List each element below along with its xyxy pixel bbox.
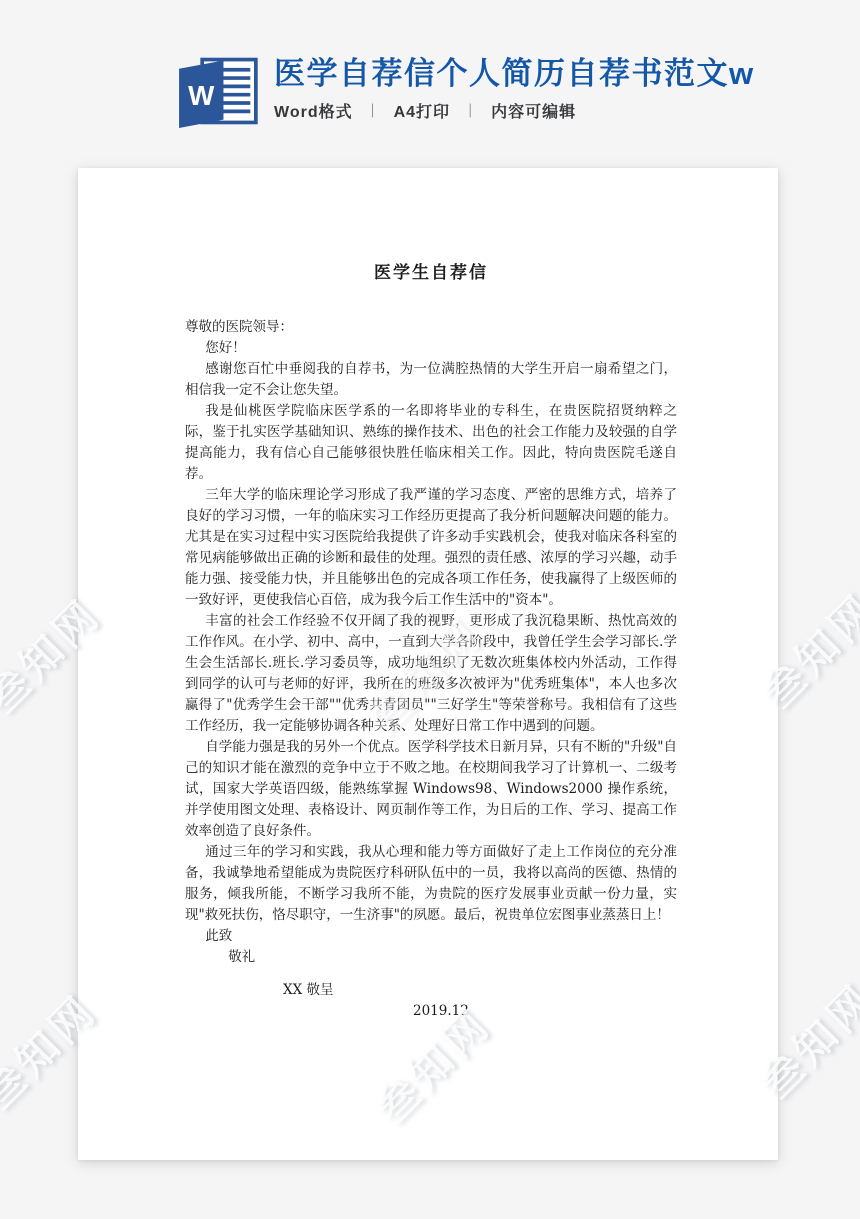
word-icon: W <box>172 54 262 128</box>
letter-paragraph: 此致 <box>185 926 677 947</box>
letter-paragraph: 丰富的社会工作经验不仅开阔了我的视野，更形成了我沉稳果断、热忱高效的工作作风。在… <box>185 611 677 737</box>
meta-item: A4打印 <box>394 99 450 122</box>
letter-paragraph: 我是仙桃医学院临床医学系的一名即将毕业的专科生，在贵医院招贤纳粹之际，鉴于扎实医… <box>185 401 677 485</box>
letter-paragraph: 感谢您百忙中垂阅我的自荐书，为一位满腔热情的大学生开启一扇希望之门，相信我一定不… <box>185 359 677 401</box>
letter-paragraph: 您好！ <box>185 338 677 359</box>
letter-paragraph: 通过三年的学习和实践，我从心理和能力等方面做好了走上工作岗位的充分准备，我诚挚地… <box>185 842 677 926</box>
letter-paragraph: 敬礼 <box>185 947 677 968</box>
header: W 医学自荐信个人简历自荐书范文w Word格式｜A4打印｜内容可编辑 <box>172 54 755 128</box>
meta-item: Word格式 <box>274 99 353 122</box>
letter-paragraph: XX 敬呈 <box>185 980 677 1001</box>
header-meta: Word格式｜A4打印｜内容可编辑 <box>274 99 755 122</box>
meta-separator: ｜ <box>463 101 478 121</box>
meta-separator: ｜ <box>366 101 381 121</box>
letter-paragraph: 自学能力强是我的另外一个优点。医学科学技术日新月异，只有不断的"升级"自己的知识… <box>185 737 677 842</box>
document-page: 医学生自荐信 尊敬的医院领导：您好！感谢您百忙中垂阅我的自荐书，为一位满腔热情的… <box>78 168 778 1160</box>
letter-paragraph: 2019.12 <box>185 1001 677 1022</box>
letter-body: 尊敬的医院领导：您好！感谢您百忙中垂阅我的自荐书，为一位满腔热情的大学生开启一扇… <box>185 317 677 1022</box>
letter-paragraph <box>185 968 677 980</box>
document-preview-screen: W 医学自荐信个人简历自荐书范文w Word格式｜A4打印｜内容可编辑 医学生自… <box>0 0 860 1219</box>
document-title: 医学生自荐信 <box>185 258 677 283</box>
svg-text:W: W <box>188 80 215 111</box>
header-text: 医学自荐信个人简历自荐书范文w Word格式｜A4打印｜内容可编辑 <box>274 56 755 122</box>
page-title: 医学自荐信个人简历自荐书范文w <box>274 56 755 92</box>
letter-paragraph: 三年大学的临床理论学习形成了我严谨的学习态度、严密的思维方式，培养了良好的学习习… <box>185 485 677 611</box>
meta-item: 内容可编辑 <box>491 99 576 122</box>
letter-paragraph: 尊敬的医院领导： <box>185 317 677 338</box>
